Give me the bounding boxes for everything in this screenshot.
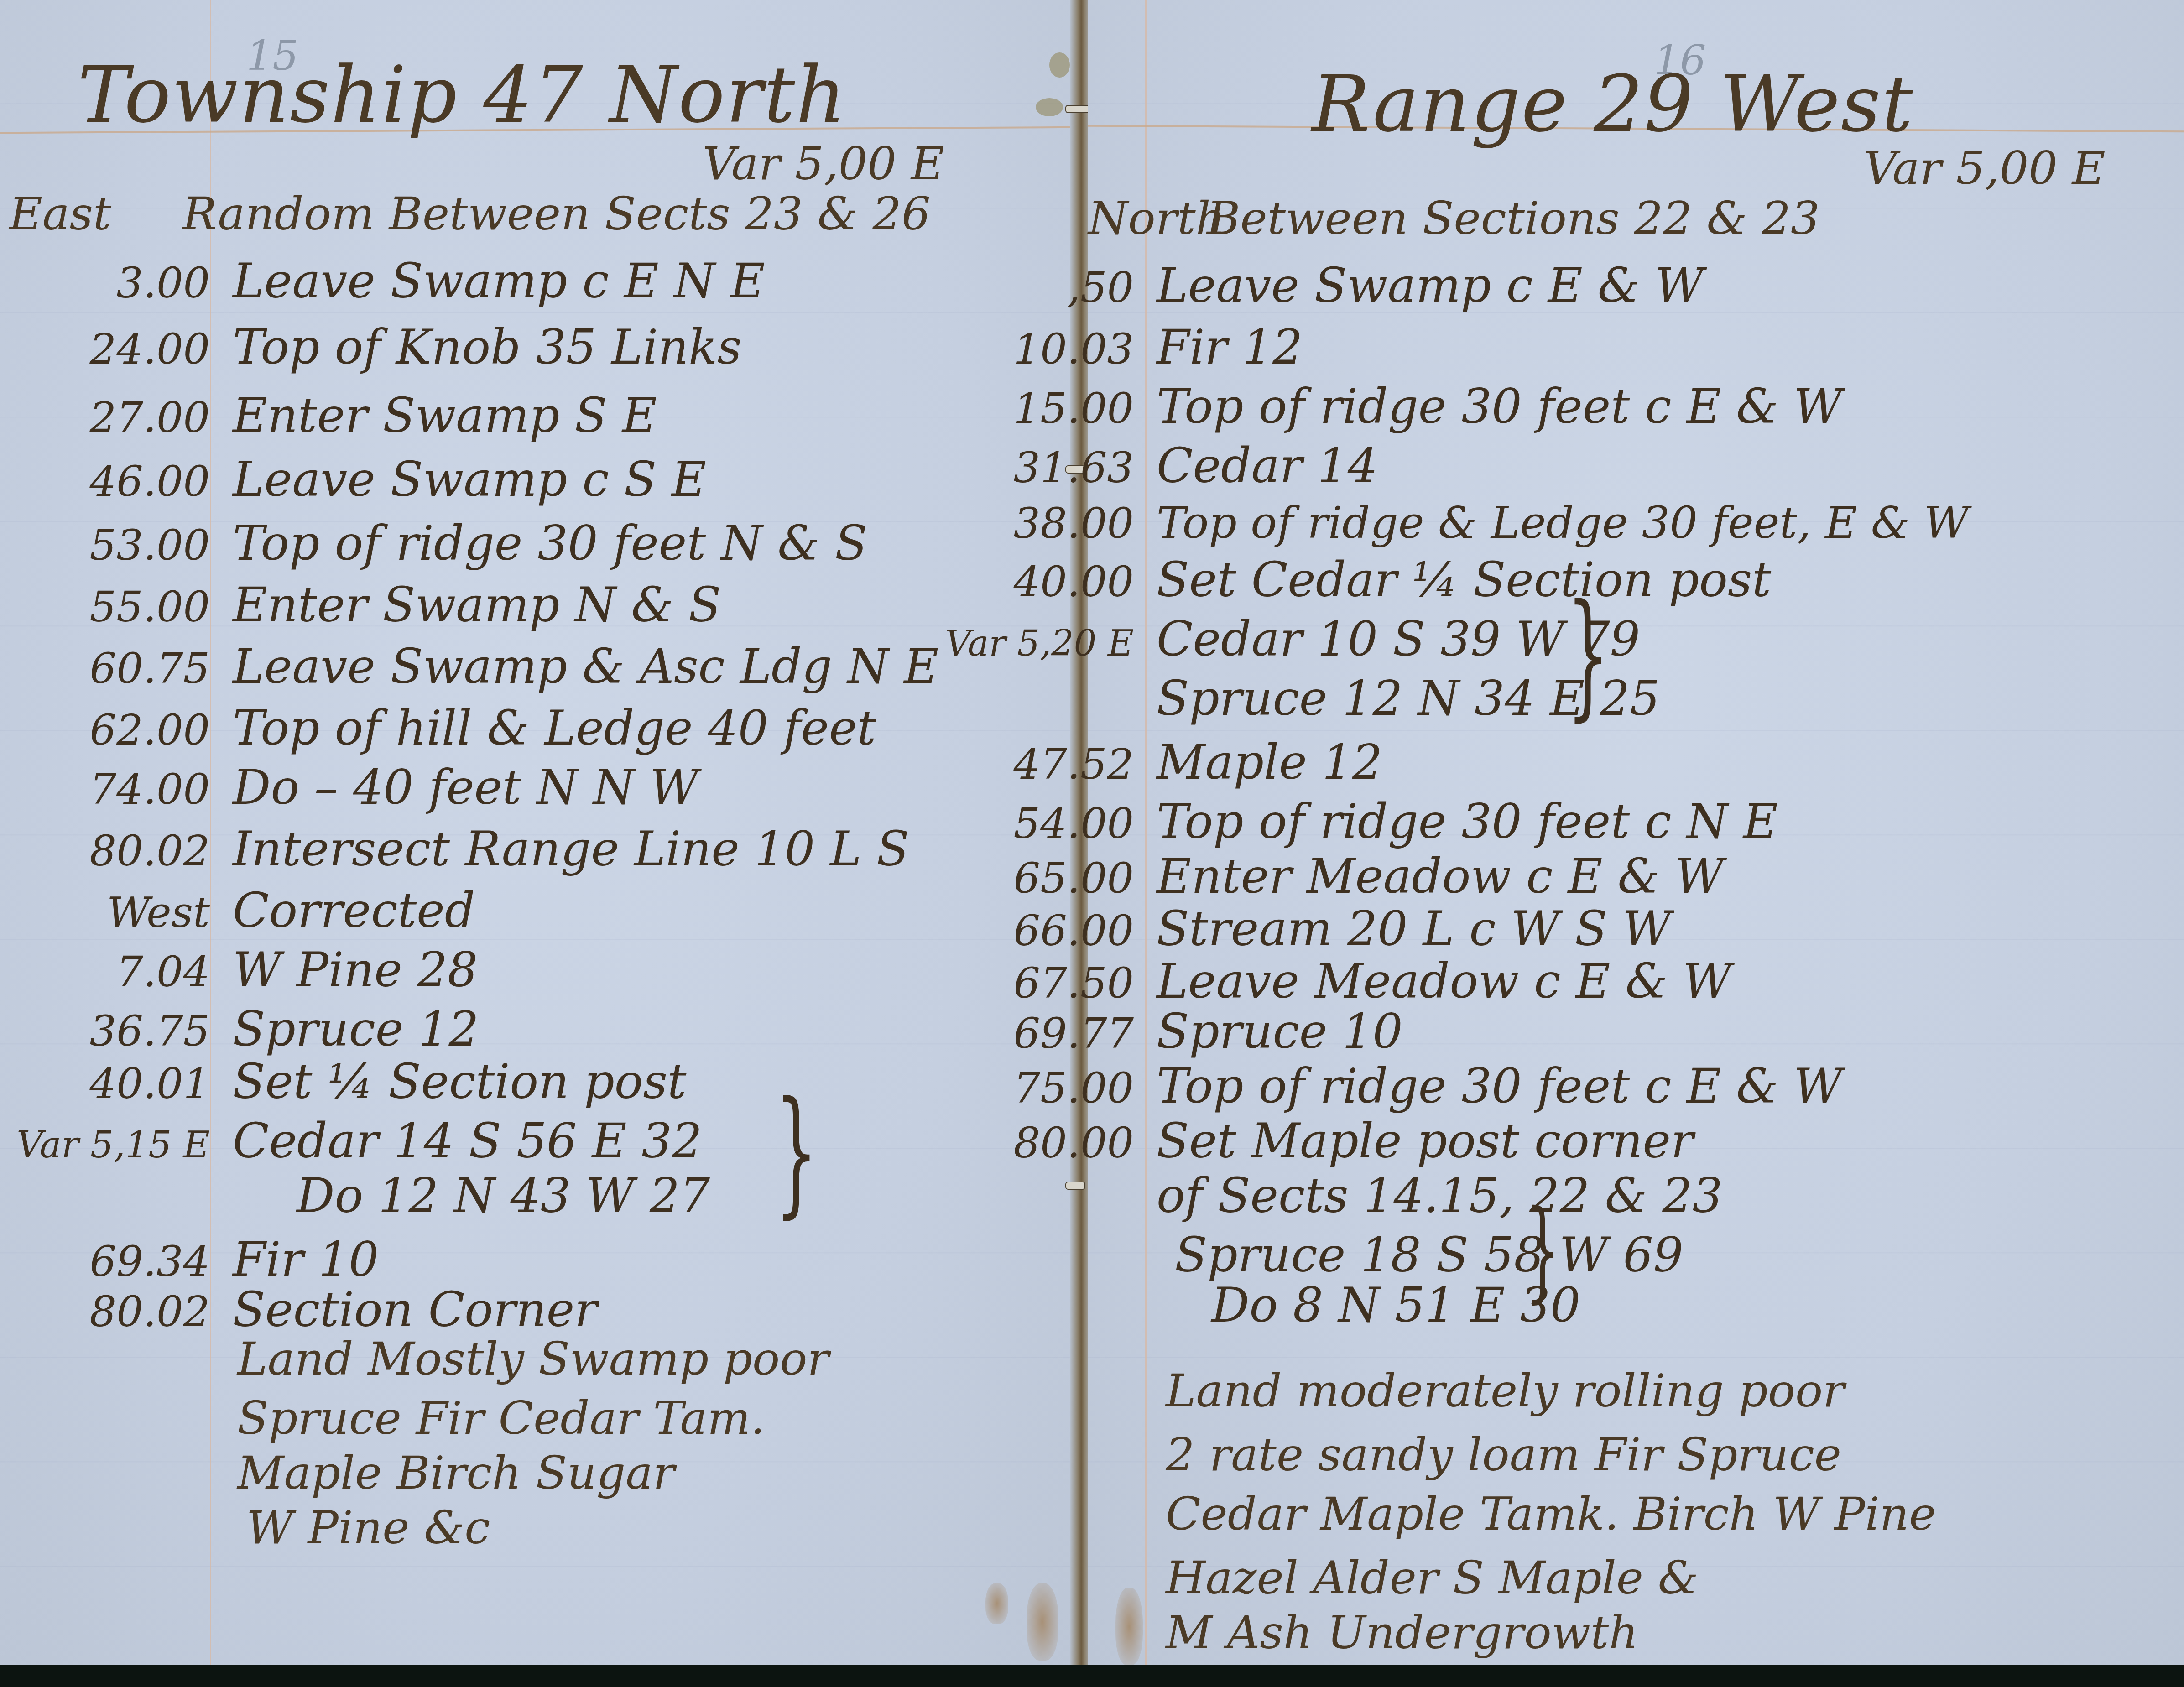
chain-distance: 15.00	[897, 384, 1134, 433]
survey-entry: Var 5,20 E Cedar 10 S 39 W 79	[897, 611, 1640, 667]
entry-description: Do 8 N 51 E 30	[1188, 1277, 1580, 1333]
survey-entry: 46.00 Leave Swamp c S E	[0, 452, 706, 507]
survey-entry: 66.00 Stream 20 L c W S W	[897, 901, 1671, 957]
survey-entry: 75.00 Top of ridge 30 feet c E & W	[897, 1058, 1842, 1114]
chain-distance: 60.75	[0, 644, 210, 693]
notebook-spread: 15 Township 47 North Var 5,00 E East Ran…	[0, 0, 2184, 1665]
chain-distance: 36.75	[0, 1007, 210, 1056]
entry-description: Top of hill & Ledge 40 feet	[210, 700, 876, 756]
line-direction: North	[1088, 192, 1225, 245]
survey-entry: 62.00 Top of hill & Ledge 40 feet	[0, 700, 876, 756]
survey-entry: 55.00 Enter Swamp N & S	[0, 577, 721, 633]
fingerprint-stain	[1027, 1583, 1058, 1661]
entry-description: Cedar 14 S 56 E 32	[210, 1113, 702, 1169]
line-heading: Random Between Sects 23 & 26	[182, 187, 931, 240]
entry-description: Leave Meadow c E & W	[1134, 953, 1731, 1009]
survey-entry: Do 12 N 43 W 27	[64, 1168, 710, 1224]
survey-entry: 67.50 Leave Meadow c E & W	[897, 953, 1731, 1009]
entry-description: Spruce 18 S 58 W 69	[1152, 1227, 1684, 1283]
survey-entry: West Corrected	[0, 883, 475, 938]
chain-distance: 67.50	[897, 959, 1134, 1008]
survey-entry: 31.63 Cedar 14	[897, 438, 1378, 494]
background-edge	[0, 1665, 2184, 1687]
chain-distance: 80.02	[0, 1287, 210, 1336]
variation-note: Var 5,00 E	[1864, 141, 2106, 195]
chain-distance: Var 5,15 E	[0, 1124, 210, 1166]
chain-distance: 3.00	[0, 259, 210, 307]
entry-description: Intersect Range Line 10 L S	[210, 821, 909, 877]
land-summary-line: Maple Birch Sugar	[237, 1446, 675, 1500]
entry-description: Maple 12	[1134, 734, 1382, 790]
entry-description: Do 12 N 43 W 27	[274, 1168, 710, 1224]
entry-description: Enter Meadow c E & W	[1134, 849, 1724, 904]
survey-entry: 60.75 Leave Swamp & Asc Ldg N E	[0, 639, 938, 694]
survey-entry: 80.02 Section Corner	[0, 1282, 597, 1338]
chain-distance: 27.00	[0, 393, 210, 442]
entry-description: Top of ridge 30 feet c N E	[1134, 794, 1778, 849]
survey-entry: 3.00 Leave Swamp c E N E	[0, 253, 765, 309]
chain-distance: 55.00	[0, 583, 210, 631]
land-summary-line: Spruce Fir Cedar Tam.	[237, 1391, 765, 1445]
survey-entry: of Sects 14.15, 22 & 23	[897, 1168, 1723, 1224]
entry-description: Top of ridge 30 feet N & S	[210, 515, 867, 571]
survey-entry: 80.02 Intersect Range Line 10 L S	[0, 821, 909, 877]
entry-description: Fir 12	[1134, 319, 1303, 375]
land-summary-line: W Pine &c	[246, 1501, 490, 1554]
variation-note: Var 5,00 E	[703, 137, 944, 190]
chain-distance: ,50	[897, 263, 1134, 312]
entry-description: Top of ridge & Ledge 30 feet, E & W	[1134, 497, 1969, 548]
survey-entry: 40.01 Set ¼ Section post	[0, 1054, 687, 1109]
entry-description: Leave Swamp & Asc Ldg N E	[210, 639, 938, 694]
chain-distance: West	[0, 888, 210, 937]
chain-distance: 40.01	[0, 1059, 210, 1108]
survey-entry: 24.00 Top of Knob 35 Links	[0, 319, 742, 375]
page-title: Range 29 West	[1312, 59, 1914, 150]
land-summary-line: Land Mostly Swamp poor	[237, 1332, 829, 1385]
entry-description: Fir 10	[210, 1232, 379, 1287]
entry-description: Top of ridge 30 feet c E & W	[1134, 1058, 1842, 1114]
chain-distance: 74.00	[0, 765, 210, 814]
survey-entry: 47.52 Maple 12	[897, 734, 1382, 790]
survey-entry: Var 5,15 E Cedar 14 S 56 E 32	[0, 1113, 702, 1169]
entry-description: Section Corner	[210, 1282, 597, 1338]
chain-distance: 24.00	[0, 325, 210, 374]
land-summary-line: Cedar Maple Tamk. Birch W Pine	[1166, 1487, 1936, 1541]
survey-entry: 80.00 Set Maple post corner	[897, 1113, 1694, 1169]
chain-distance: 46.00	[0, 457, 210, 506]
chain-distance: 75.00	[897, 1064, 1134, 1113]
glue-stain	[1049, 52, 1070, 78]
entry-description: of Sects 14.15, 22 & 23	[1134, 1168, 1723, 1224]
bearing-tree-brace: }	[1525, 1186, 1560, 1314]
survey-entry: 65.00 Enter Meadow c E & W	[897, 849, 1724, 904]
survey-entry: 40.00 Set Cedar ¼ Section post	[897, 552, 1771, 608]
entry-description: Set ¼ Section post	[210, 1054, 687, 1109]
chain-distance: 69.77	[897, 1009, 1134, 1058]
survey-entry: 74.00 Do – 40 feet N N W	[0, 760, 698, 815]
entry-description: Do – 40 feet N N W	[210, 760, 698, 815]
chain-distance: 53.00	[0, 521, 210, 570]
entry-description: Cedar 10 S 39 W 79	[1134, 611, 1640, 667]
chain-distance: 40.00	[897, 557, 1134, 606]
survey-entry: 38.00 Top of ridge & Ledge 30 feet, E & …	[897, 497, 1969, 548]
survey-entry: 54.00 Top of ridge 30 feet c N E	[897, 794, 1778, 849]
entry-description: Leave Swamp c S E	[210, 452, 706, 507]
chain-distance: Var 5,20 E	[897, 623, 1134, 664]
right-page: 16 Range 29 West Var 5,00 E North Betwee…	[1088, 0, 2184, 1665]
chain-distance: 7.04	[0, 948, 210, 996]
survey-entry: ,50 Leave Swamp c E & W	[897, 258, 1704, 313]
land-summary-line: 2 rate sandy loam Fir Spruce	[1166, 1428, 1841, 1481]
chain-distance: 80.00	[897, 1119, 1134, 1167]
glue-stain	[1036, 98, 1063, 116]
survey-entry: 27.00 Enter Swamp S E	[0, 388, 657, 443]
survey-entry: 10.03 Fir 12	[897, 319, 1303, 375]
land-summary-line: Land moderately rolling poor	[1166, 1364, 1845, 1417]
entry-description: Spruce 12	[210, 1001, 479, 1057]
page-title: Township 47 North	[78, 50, 847, 141]
survey-entry: 53.00 Top of ridge 30 feet N & S	[0, 515, 867, 571]
survey-entry: Spruce 12 N 34 E 25	[897, 671, 1660, 726]
bearing-tree-brace: }	[775, 1072, 818, 1231]
survey-entry: 69.77 Spruce 10	[897, 1004, 1403, 1059]
entry-description: Leave Swamp c E N E	[210, 253, 765, 309]
line-heading: Between Sections 22 & 23	[1207, 192, 1820, 245]
chain-distance: 69.34	[0, 1237, 210, 1286]
entry-description: Top of Knob 35 Links	[210, 319, 742, 375]
survey-entry: 15.00 Top of ridge 30 feet c E & W	[897, 379, 1842, 434]
entry-description: Cedar 14	[1134, 438, 1378, 494]
survey-entry: 69.34 Fir 10	[0, 1232, 379, 1287]
line-direction: East	[9, 187, 111, 240]
bearing-tree-brace: }	[1566, 575, 1610, 734]
entry-description: W Pine 28	[210, 942, 478, 998]
entry-description: Enter Swamp N & S	[210, 577, 721, 633]
entry-description: Stream 20 L c W S W	[1134, 901, 1671, 957]
entry-description: Enter Swamp S E	[210, 388, 657, 443]
entry-description: Set Maple post corner	[1134, 1113, 1694, 1169]
chain-distance: 31.63	[897, 443, 1134, 492]
survey-entry: Spruce 18 S 58 W 69	[915, 1227, 1684, 1283]
chain-distance: 54.00	[897, 799, 1134, 848]
chain-distance: 47.52	[897, 740, 1134, 789]
fingerprint-stain	[1115, 1588, 1143, 1665]
survey-entry: Do 8 N 51 E 30	[951, 1277, 1580, 1333]
entry-description: Top of ridge 30 feet c E & W	[1134, 379, 1842, 434]
entry-description: Corrected	[210, 883, 475, 938]
chain-distance: 80.02	[0, 827, 210, 875]
entry-description: Leave Swamp c E & W	[1134, 258, 1704, 313]
chain-distance: 38.00	[897, 499, 1134, 548]
entry-description: Set Cedar ¼ Section post	[1134, 552, 1771, 608]
chain-distance: 66.00	[897, 906, 1134, 955]
entry-description: Spruce 10	[1134, 1004, 1403, 1059]
land-summary-line: Hazel Alder S Maple &	[1166, 1551, 1699, 1604]
chain-distance: 65.00	[897, 854, 1134, 903]
chain-distance: 10.03	[897, 325, 1134, 374]
land-summary-line: M Ash Undergrowth	[1166, 1606, 1638, 1659]
fingerprint-stain	[985, 1583, 1008, 1624]
survey-entry: 36.75 Spruce 12	[0, 1001, 479, 1057]
survey-entry: 7.04 W Pine 28	[0, 942, 478, 998]
chain-distance: 62.00	[0, 706, 210, 755]
